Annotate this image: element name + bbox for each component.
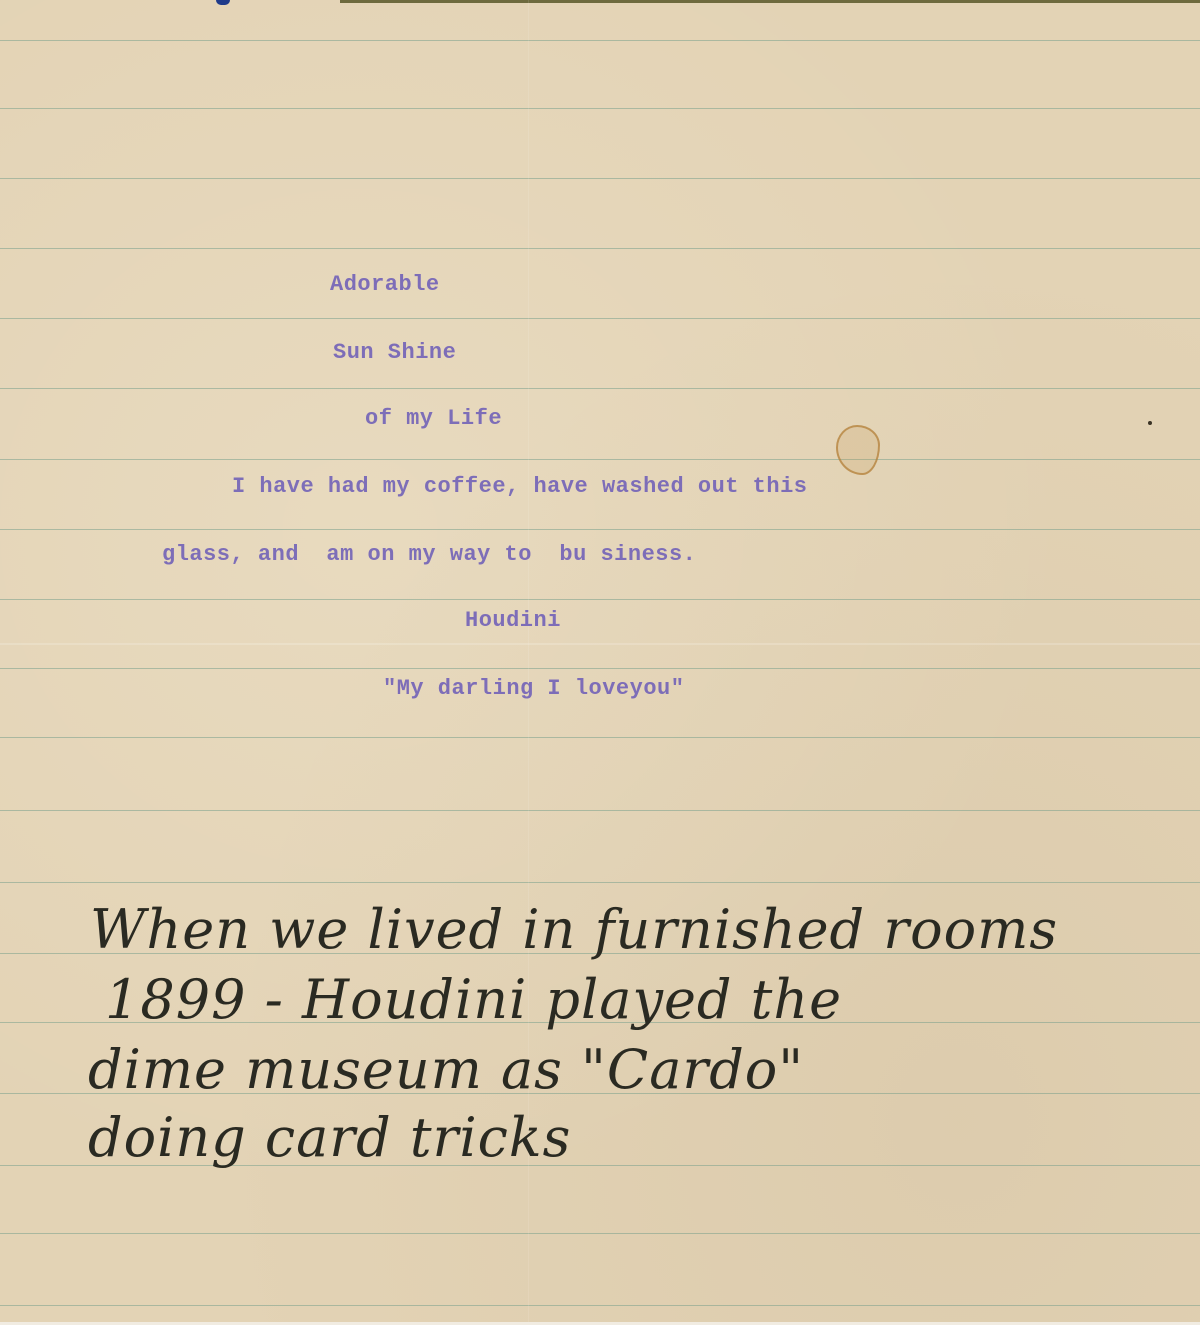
ruled-line [0, 529, 1200, 530]
typed-line-3: of my Life [365, 406, 502, 431]
ruled-line [0, 178, 1200, 179]
coffee-stain [836, 425, 880, 475]
ink-speck [1148, 421, 1152, 425]
typed-line-2: Sun Shine [333, 340, 456, 365]
typed-postscript: "My darling I loveyou" [383, 676, 684, 701]
handwritten-line-3: dime museum as "Cardo" [88, 1038, 804, 1101]
top-edge-strip [340, 0, 1200, 3]
ruled-line [0, 459, 1200, 460]
ruled-line [0, 737, 1200, 738]
ruled-line [0, 810, 1200, 811]
handwritten-line-4: doing card tricks [88, 1106, 571, 1169]
ruled-line [0, 388, 1200, 389]
ruled-line [0, 1305, 1200, 1306]
typed-line-body-1: I have had my coffee, have washed out th… [232, 474, 808, 499]
ruled-line [0, 40, 1200, 41]
ruled-line [0, 1233, 1200, 1234]
ruled-line [0, 108, 1200, 109]
typed-signature: Houdini [465, 608, 561, 633]
typed-line-salutation: Adorable [330, 272, 440, 297]
ink-mark [216, 0, 230, 5]
handwritten-line-2: 1899 - Houdini played the [105, 968, 842, 1031]
ruled-line [0, 668, 1200, 669]
ruled-line [0, 882, 1200, 883]
handwritten-line-1: When we lived in furnished rooms [90, 898, 1058, 961]
ruled-line [0, 318, 1200, 319]
letter-page: Adorable Sun Shine of my Life I have had… [0, 0, 1200, 1322]
ruled-line [0, 248, 1200, 249]
fold-crease-horizontal [0, 643, 1200, 645]
ruled-line [0, 599, 1200, 600]
typed-line-body-2: glass, and am on my way to bu siness. [162, 542, 696, 567]
